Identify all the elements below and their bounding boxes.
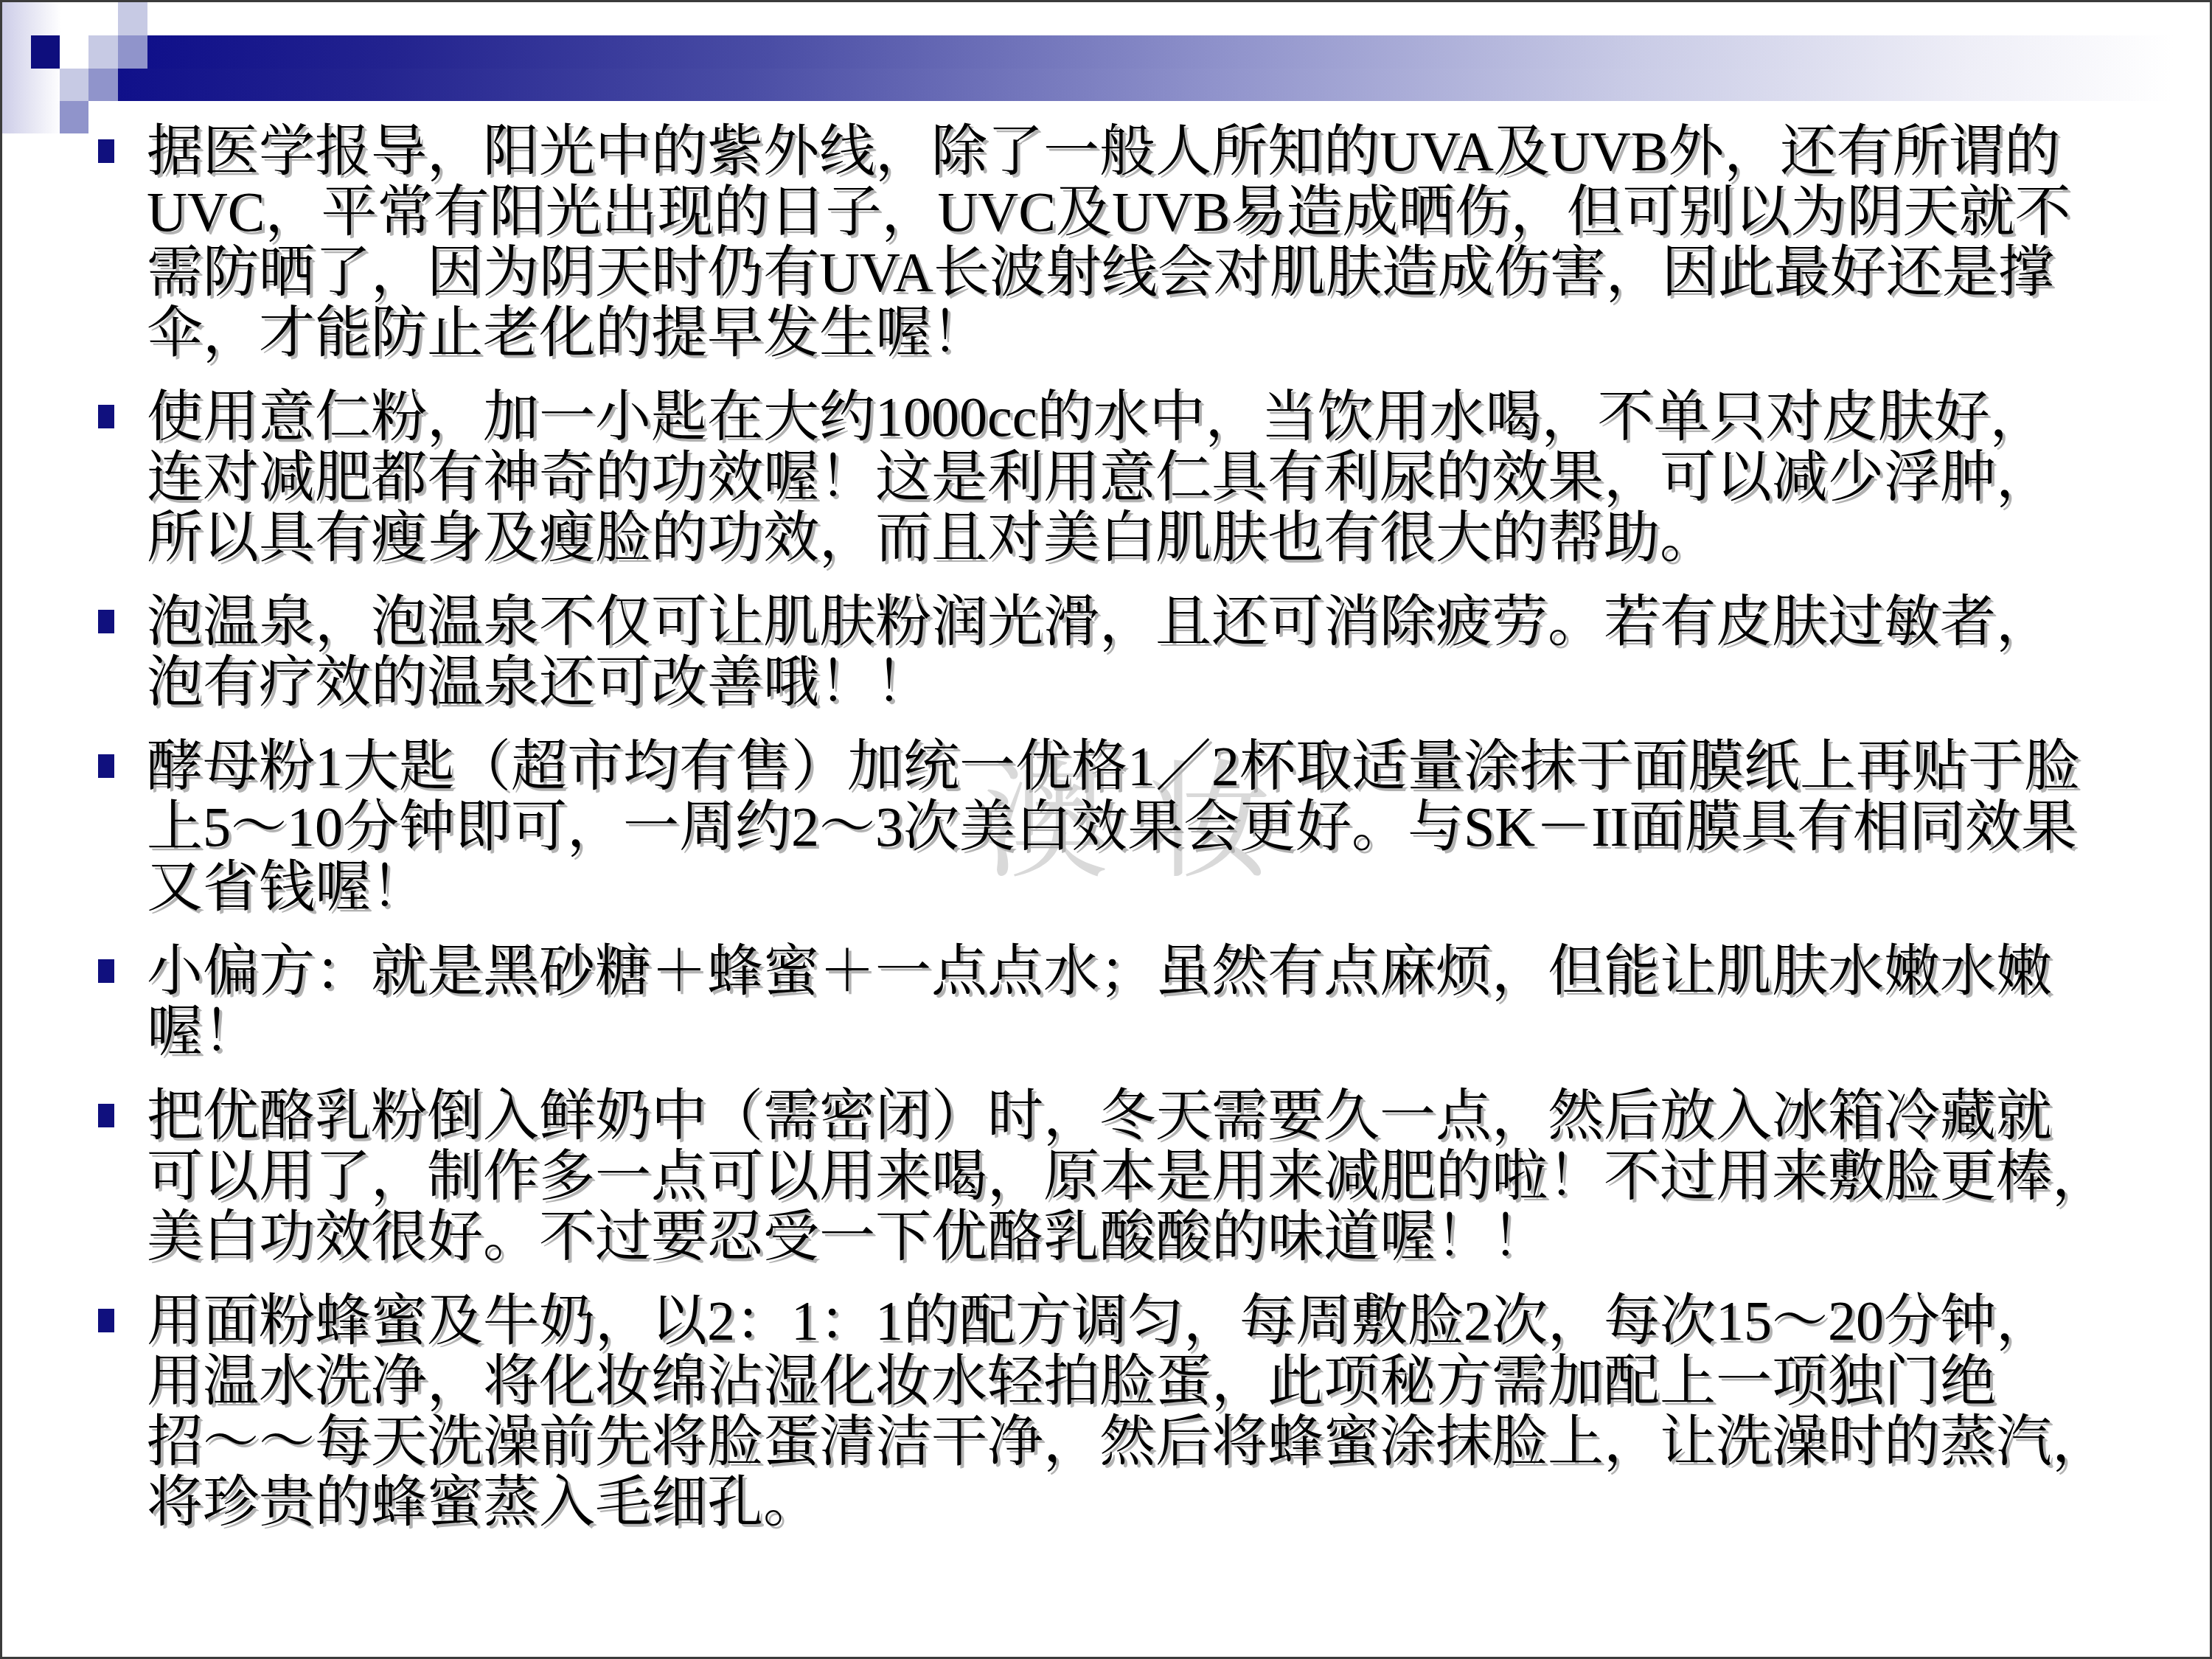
- corner-square-medium: [60, 101, 88, 133]
- bullet-item: 酵母粉1大匙（超市均有售）加统一优格1／2杯取适量涂抹于面膜纸上再贴于脸 上5～…: [98, 737, 2163, 918]
- title-bar-gradient-bottom: [118, 69, 2212, 101]
- corner-square-light: [118, 2, 147, 35]
- bullet-square-icon: [98, 754, 114, 778]
- bullet-square-icon: [98, 1309, 114, 1332]
- corner-square-dark: [31, 35, 60, 69]
- bullet-text: 使用意仁粉，加一小匙在大约1000cc的水中，当饮用水喝，不单只对皮肤好， 连对…: [147, 387, 2163, 568]
- bullet-square-icon: [98, 139, 114, 163]
- presentation-slide: 澳妆 据医学报导，阳光中的紫外线，除了一般人所知的UVA及UVB外，还有所谓的 …: [0, 0, 2212, 1659]
- bullet-square-icon: [98, 1104, 114, 1127]
- bullet-square-icon: [98, 610, 114, 633]
- corner-square-medium: [118, 35, 147, 69]
- title-bar-gradient-top: [147, 35, 2212, 69]
- bullet-text: 据医学报导，阳光中的紫外线，除了一般人所知的UVA及UVB外，还有所谓的 UVC…: [147, 122, 2163, 364]
- bullet-text: 把优酪乳粉倒入鲜奶中（需密闭）时，冬天需要久一点，然后放入冰箱冷藏就 可以用了，…: [147, 1086, 2163, 1267]
- bullet-text: 泡温泉，泡温泉不仅可让肌肤粉润光滑，且还可消除疲劳。若有皮肤过敏者， 泡有疗效的…: [147, 592, 2163, 713]
- bullet-item: 把优酪乳粉倒入鲜奶中（需密闭）时，冬天需要久一点，然后放入冰箱冷藏就 可以用了，…: [98, 1086, 2163, 1267]
- bullet-item: 小偏方：就是黑砂糖＋蜂蜜＋一点点水；虽然有点麻烦，但能让肌肤水嫩水嫩 喔！: [98, 942, 2163, 1062]
- bullet-item: 使用意仁粉，加一小匙在大约1000cc的水中，当饮用水喝，不单只对皮肤好， 连对…: [98, 387, 2163, 568]
- corner-square-light: [88, 35, 118, 69]
- corner-square-light: [60, 69, 88, 101]
- bullet-square-icon: [98, 405, 114, 428]
- bullet-square-icon: [98, 959, 114, 983]
- bullet-item: 用面粉蜂蜜及牛奶，以2：1：1的配方调匀，每周敷脸2次，每次15～20分钟， 用…: [98, 1291, 2163, 1533]
- bullet-text: 用面粉蜂蜜及牛奶，以2：1：1的配方调匀，每周敷脸2次，每次15～20分钟， 用…: [147, 1291, 2163, 1533]
- bullet-text: 小偏方：就是黑砂糖＋蜂蜜＋一点点水；虽然有点麻烦，但能让肌肤水嫩水嫩 喔！: [147, 942, 2163, 1062]
- bullet-list: 据医学报导，阳光中的紫外线，除了一般人所知的UVA及UVB外，还有所谓的 UVC…: [98, 122, 2163, 1557]
- bullet-item: 据医学报导，阳光中的紫外线，除了一般人所知的UVA及UVB外，还有所谓的 UVC…: [98, 122, 2163, 364]
- bullet-text: 酵母粉1大匙（超市均有售）加统一优格1／2杯取适量涂抹于面膜纸上再贴于脸 上5～…: [147, 737, 2163, 918]
- bullet-item: 泡温泉，泡温泉不仅可让肌肤粉润光滑，且还可消除疲劳。若有皮肤过敏者， 泡有疗效的…: [98, 592, 2163, 713]
- corner-square-medium: [88, 69, 118, 101]
